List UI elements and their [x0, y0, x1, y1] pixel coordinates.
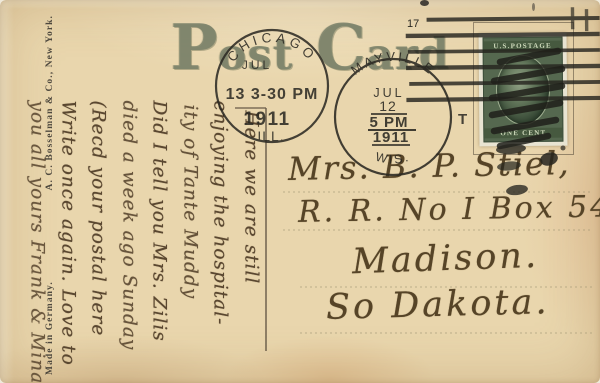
- number-annotation: 17: [407, 18, 419, 30]
- mayville-day: 12: [379, 98, 397, 114]
- chicago-postmark: CHICAGO JUL 13 3-30 PM 1911 ILL.: [216, 30, 328, 144]
- postcard-back: Post Card Made in Germany. A. C. Bosselm…: [0, 0, 600, 383]
- chicago-year: 1911: [243, 109, 290, 130]
- chicago-state: ILL.: [257, 128, 284, 144]
- chicago-day-time: 13 3-30 PM: [226, 86, 319, 103]
- address-guidelines: [283, 192, 593, 333]
- cancellation-bars: [405, 7, 600, 100]
- svg-text:WIS.: WIS.: [374, 150, 412, 167]
- ink-overlay: 17 T CHICAGO JUL 13 3-30 PM 1911 ILL. MA…: [0, 0, 600, 383]
- chicago-month: JUL: [242, 58, 272, 72]
- mayville-year: 1911: [373, 129, 410, 146]
- mayville-state-arc: WIS.: [374, 150, 412, 167]
- ink-smudges: [496, 143, 566, 197]
- divider-line: [235, 108, 266, 351]
- t-mark: T: [458, 111, 467, 128]
- mayville-postmark: MAYVILLE JUL 12 5 PM 1911 WIS.: [335, 49, 451, 175]
